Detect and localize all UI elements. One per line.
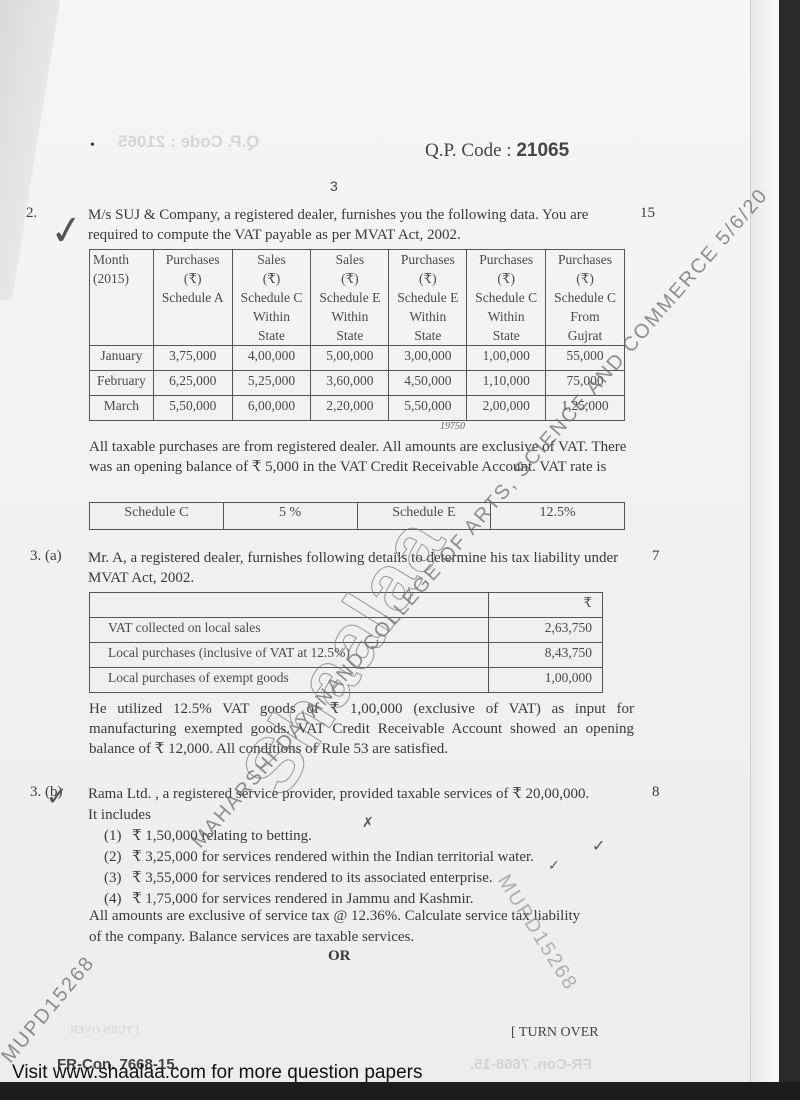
shaalaa-link[interactable]: Visit www.shaalaa.com for more question … (12, 1062, 422, 1084)
header-line: State (236, 326, 308, 345)
bleed-through-text: FR-Con. 7668-15. (470, 1056, 592, 1073)
column-header: Purchases(₹)Schedule EWithinState (389, 250, 467, 346)
column-header: Purchases(₹)Schedule A (153, 250, 232, 346)
header-line: (₹) (314, 269, 385, 288)
amount-cell: 1,00,000 (467, 346, 546, 371)
column-header: Month(2015) (90, 250, 154, 346)
question-text: All amounts are exclusive of service tax… (89, 906, 649, 926)
handwritten-check-icon: ✓ (46, 782, 68, 812)
table-row: February6,25,0005,25,0003,60,0004,50,000… (90, 371, 625, 396)
list-item: (1)₹ 1,50,000 relating to betting. (104, 826, 644, 847)
row-label: VAT collected on local sales (90, 618, 489, 643)
schedule-cell: Schedule C (90, 503, 224, 530)
item-number: (2) (104, 847, 132, 868)
header-line: Purchases (392, 250, 463, 269)
handwritten-note: 19750 (440, 421, 465, 432)
column-header: Sales(₹)Schedule CWithinState (232, 250, 311, 346)
rate-row: Schedule C5 %Schedule E12.5% (90, 503, 625, 530)
header-line: Within (236, 307, 308, 326)
header-line: Purchases (470, 250, 542, 269)
amount-cell: 5,00,000 (311, 346, 389, 371)
table-row: March5,50,0006,00,0002,20,0005,50,0002,0… (90, 396, 625, 421)
amount-cell: 5,25,000 (232, 371, 311, 396)
header-line: Sales (236, 250, 308, 269)
item-text: ₹ 3,55,000 for services rendered to its … (132, 870, 493, 886)
question-text: of the company. Balance services are tax… (89, 927, 649, 947)
table-header-row: Month(2015)Purchases(₹)Schedule ASales(₹… (90, 250, 625, 346)
header-line: (₹) (157, 269, 229, 288)
header-line: Purchases (549, 250, 621, 269)
header-line: Schedule A (157, 288, 229, 307)
amount-cell: 3,75,000 (153, 346, 232, 371)
rate-cell: 5 % (223, 503, 357, 530)
handwritten-x-icon: ✗ (362, 815, 374, 831)
amount-cell: 6,00,000 (232, 396, 311, 421)
mupd-stamp: MUPD15268 (0, 952, 100, 1068)
item-text: ₹ 3,25,000 for services rendered within … (132, 849, 534, 865)
amount-cell: 2,00,000 (467, 396, 546, 421)
page-fold-shadow (0, 0, 60, 300)
list-item: (2)₹ 3,25,000 for services rendered with… (104, 847, 644, 868)
vat-data-table: Month(2015)Purchases(₹)Schedule ASales(₹… (89, 249, 625, 421)
list-item: (3)₹ 3,55,000 for services rendered to i… (104, 868, 644, 889)
currency-header: ₹ (489, 593, 603, 618)
header-line: Within (470, 307, 542, 326)
row-value: 1,00,000 (489, 668, 603, 693)
header-line: Schedule C (470, 288, 542, 307)
qp-code-label: Q.P. Code : (425, 140, 512, 161)
amount-cell: 5,50,000 (153, 396, 232, 421)
page-edge (750, 0, 779, 1082)
amount-cell: 1,10,000 (467, 371, 546, 396)
qp-code: Q.P. Code : 21065 (425, 140, 569, 162)
header-line: Month (93, 250, 150, 269)
item-number: (1) (104, 826, 132, 847)
row-value: 2,63,750 (489, 618, 603, 643)
item-number: (3) (104, 868, 132, 889)
question-number: 3. (a) (30, 548, 62, 565)
item-text: ₹ 1,75,000 for services rendered in Jamm… (132, 891, 474, 907)
question-text: M/s SUJ & Company, a registered dealer, … (88, 205, 636, 245)
column-header: Sales(₹)Schedule EWithinState (311, 250, 389, 346)
rate-cell: 12.5% (491, 503, 625, 530)
column-header: Purchases(₹)Schedule CFromGujrat (546, 250, 625, 346)
header-line: (₹) (392, 269, 463, 288)
header-line: Schedule C (236, 288, 308, 307)
month-cell: January (90, 346, 154, 371)
table-row: January3,75,0004,00,0005,00,0003,00,0001… (90, 346, 625, 371)
header-line: Gujrat (549, 326, 621, 345)
header-line: Schedule E (314, 288, 385, 307)
column-header: Purchases(₹)Schedule CWithinState (467, 250, 546, 346)
page-number: 3 (330, 178, 338, 194)
question-marks: 15 (640, 205, 655, 222)
amount-cell: 2,20,000 (311, 396, 389, 421)
month-cell: March (90, 396, 154, 421)
scan-bottom-edge (0, 1082, 800, 1100)
service-items-list: (1)₹ 1,50,000 relating to betting.(2)₹ 3… (104, 826, 644, 910)
handwritten-check-icon: ✓ (592, 836, 605, 855)
amount-cell: 5,50,000 (389, 396, 467, 421)
amount-cell: 4,00,000 (232, 346, 311, 371)
question-text: Rama Ltd. , a registered service provide… (88, 784, 648, 804)
header-line: Within (314, 307, 385, 326)
question-text: It includes (88, 805, 151, 825)
speck: • (90, 138, 95, 154)
turn-over-label: [ TURN OVER (511, 1025, 599, 1041)
vat-rate-table: Schedule C5 %Schedule E12.5% (89, 502, 625, 530)
question-marks: 8 (652, 784, 660, 801)
amount-cell: 6,25,000 (153, 371, 232, 396)
header-line: State (314, 326, 385, 345)
handwritten-check-icon: ✓ (47, 206, 87, 256)
header-line: Schedule E (392, 288, 463, 307)
question-number: 2. (26, 205, 37, 222)
row-value: 8,43,750 (489, 643, 603, 668)
header-line: Purchases (157, 250, 229, 269)
question-marks: 7 (652, 548, 660, 565)
header-line: Schedule C (549, 288, 621, 307)
header-line: Sales (314, 250, 385, 269)
or-separator: OR (328, 948, 351, 965)
handwritten-check-icon: ✓ (548, 858, 560, 874)
header-line: Within (392, 307, 463, 326)
amount-cell: 3,00,000 (389, 346, 467, 371)
header-line: State (470, 326, 542, 345)
amount-cell: 4,50,000 (389, 371, 467, 396)
header-line: (₹) (236, 269, 308, 288)
exam-page: Q.P. Code : 21065 • Q.P. Code : 21065 3 … (0, 0, 778, 1082)
bleed-through-text: Q.P. Code : 21065 (118, 132, 259, 152)
header-line: (2015) (93, 269, 150, 288)
qp-code-value: 21065 (516, 140, 569, 161)
header-line: (₹) (549, 269, 621, 288)
header-line: From (549, 307, 621, 326)
bleed-through-text: [ TURN OVER (70, 1024, 139, 1036)
month-cell: February (90, 371, 154, 396)
amount-cell: 3,60,000 (311, 371, 389, 396)
header-line: State (392, 326, 463, 345)
header-line: (₹) (470, 269, 542, 288)
